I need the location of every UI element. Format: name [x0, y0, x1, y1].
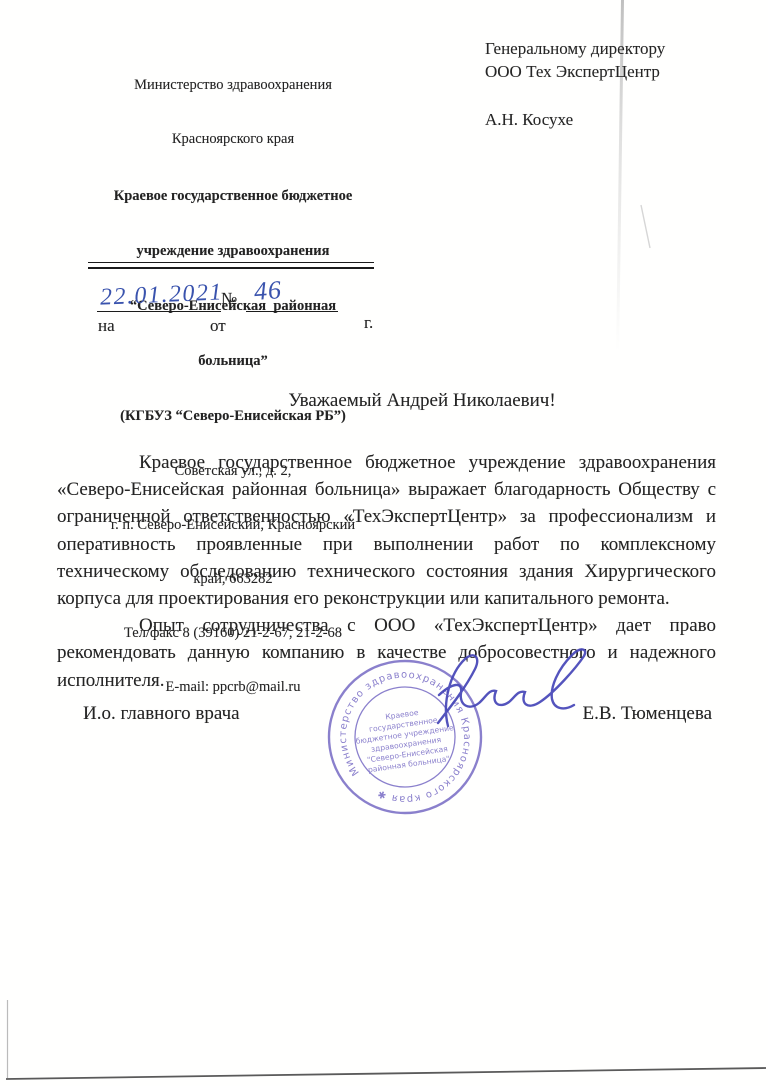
- letterhead-line: больница”: [88, 352, 378, 371]
- salutation: Уважаемый Андрей Николаевич!: [57, 390, 715, 412]
- reference-word-na: на: [98, 316, 115, 336]
- reference-underline: [246, 311, 338, 312]
- letterhead-line: Министерство здравоохранения: [88, 76, 378, 94]
- letterhead-line: Краевое государственное бюджетное: [88, 187, 378, 206]
- recipient-block: Генеральному директору ООО Тех ЭкспертЦе…: [485, 38, 725, 132]
- page-edge-bottom: [6, 1068, 766, 1079]
- handwritten-date: 22.01.2021: [99, 279, 223, 311]
- recipient-line: Генеральному директору: [485, 38, 725, 61]
- handwritten-number: 46: [253, 275, 283, 307]
- official-stamp-and-signature: Министерство здравоохранения Красноярско…: [300, 643, 620, 848]
- reference-underline: [97, 311, 221, 312]
- signer-position: И.о. главного врача: [83, 703, 240, 725]
- letterhead-line: Красноярского края: [88, 130, 378, 148]
- letterhead-divider: [88, 262, 374, 269]
- scratch-mark: [641, 205, 650, 248]
- number-sign: №: [221, 289, 237, 309]
- signature-stroke: [439, 649, 585, 708]
- recipient-name: А.Н. Косухе: [485, 109, 725, 132]
- reference-word-ot: от: [210, 316, 226, 336]
- body-paragraph: Краевое государственное бюджетное учрежд…: [57, 449, 716, 612]
- scanned-letter-page: Министерство здравоохранения Красноярско…: [0, 0, 768, 1086]
- recipient-line: ООО Тех ЭкспертЦентр: [485, 61, 725, 84]
- letterhead-line: учреждение здравоохранения: [88, 242, 378, 261]
- reference-word-g: г.: [364, 313, 373, 333]
